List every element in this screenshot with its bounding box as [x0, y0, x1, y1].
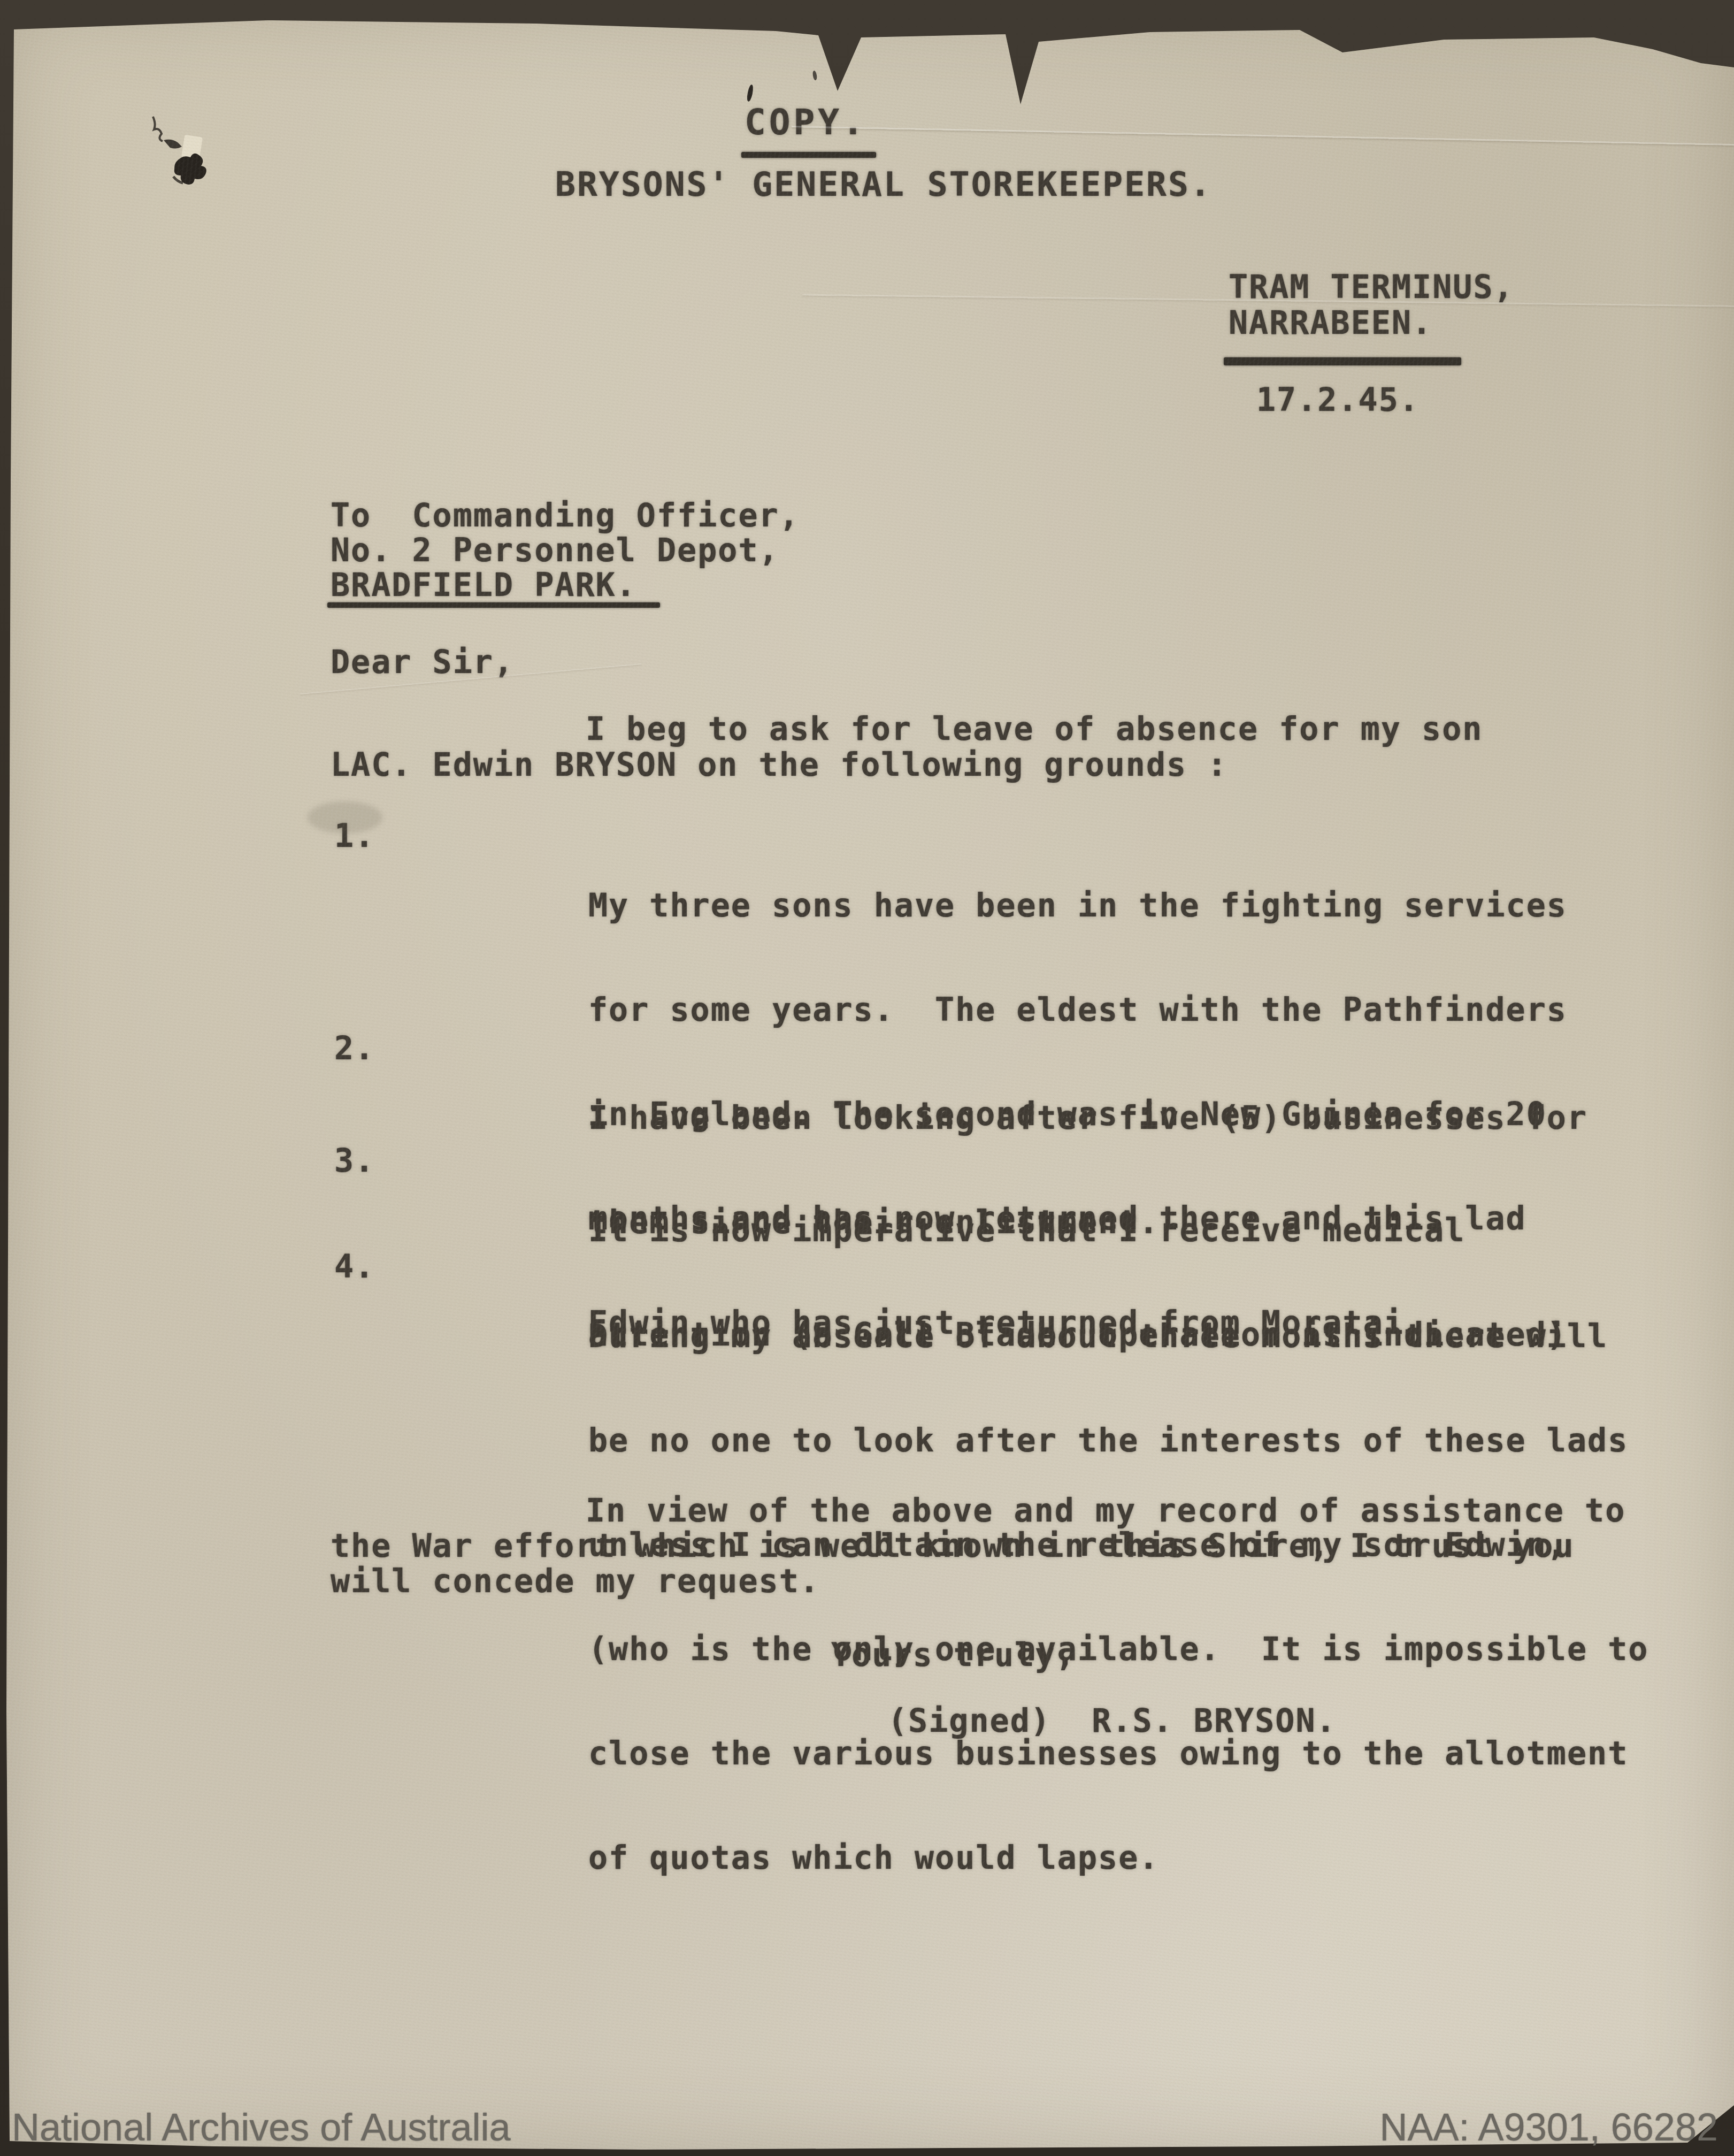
ground-3-number: 3. — [334, 1144, 375, 1179]
letter-date: 17.2.45. — [1256, 383, 1420, 418]
narrabeen-underline — [1224, 357, 1461, 365]
archive-name-label: National Archives of Australia — [12, 2106, 510, 2150]
recipient-line2: No. 2 Personnel Depot, — [331, 533, 779, 568]
recipient-line3: BRADFIELD PARK. — [331, 568, 636, 603]
sender-address-line1: TRAM TERMINUS, — [1229, 270, 1514, 305]
archive-reference-label: NAA: A9301, 66282 — [1380, 2106, 1718, 2150]
ground-1-line-1: My three sons have been in the fighting … — [588, 889, 1567, 923]
letterhead: BRYSONS' GENERAL STOREKEEPERS. — [555, 167, 1212, 202]
closing-line3: will concede my request. — [331, 1564, 820, 1599]
ground-3-line-1: It is now imperative that I receive medi… — [588, 1213, 1567, 1248]
ground-2-number: 2. — [334, 1031, 375, 1066]
opening-line1: I beg to ask for leave of absence for my… — [586, 712, 1483, 747]
sender-address-line2: NARRABEEN. — [1229, 306, 1432, 341]
ground-4-line-1: During my absence of about three months … — [588, 1319, 1648, 1354]
ground-4-line-4: (who is the only one available. It is im… — [588, 1632, 1648, 1667]
ground-2-line-1: I have been looking after five (5) busin… — [588, 1101, 1587, 1136]
scanned-letter-page: { "letter": { "copy_label": "COPY.", "le… — [0, 0, 1734, 2156]
scan-background: COPY. BRYSONS' GENERAL STOREKEEPERS. TRA… — [0, 0, 1734, 2156]
closing-line2: the War effort which is well known in th… — [331, 1529, 1575, 1564]
ground-4-line-6: of quotas which would lapse. — [588, 1841, 1648, 1876]
ink-speck-small — [812, 71, 817, 81]
closing-line1: In view of the above and my record of as… — [586, 1494, 1625, 1528]
ground-1-number: 1. — [334, 819, 375, 854]
bradfield-underline — [327, 602, 660, 608]
ink-blot — [149, 112, 218, 193]
recipient-line1: To Commanding Officer, — [331, 499, 800, 533]
crease-top-right-1 — [792, 126, 1734, 146]
ground-4-line-5: close the various businesses owing to th… — [588, 1737, 1648, 1771]
valediction: Yours truly, — [831, 1638, 1076, 1673]
letter-paper: COPY. BRYSONS' GENERAL STOREKEEPERS. TRA… — [0, 0, 1734, 2156]
copy-underline — [741, 152, 876, 158]
ground-4-number: 4. — [334, 1250, 375, 1285]
ground-1-line-2: for some years. The eldest with the Path… — [588, 993, 1567, 1028]
salutation: Dear Sir, — [331, 645, 514, 680]
opening-line2: LAC. Edwin BRYSON on the following groun… — [331, 748, 1227, 783]
ground-4-line-2: be no one to look after the interests of… — [588, 1424, 1648, 1458]
ink-speck-top — [746, 84, 754, 102]
copy-label: COPY. — [745, 105, 867, 140]
signature-line: (Signed) R.S. BRYSON. — [888, 1704, 1337, 1739]
